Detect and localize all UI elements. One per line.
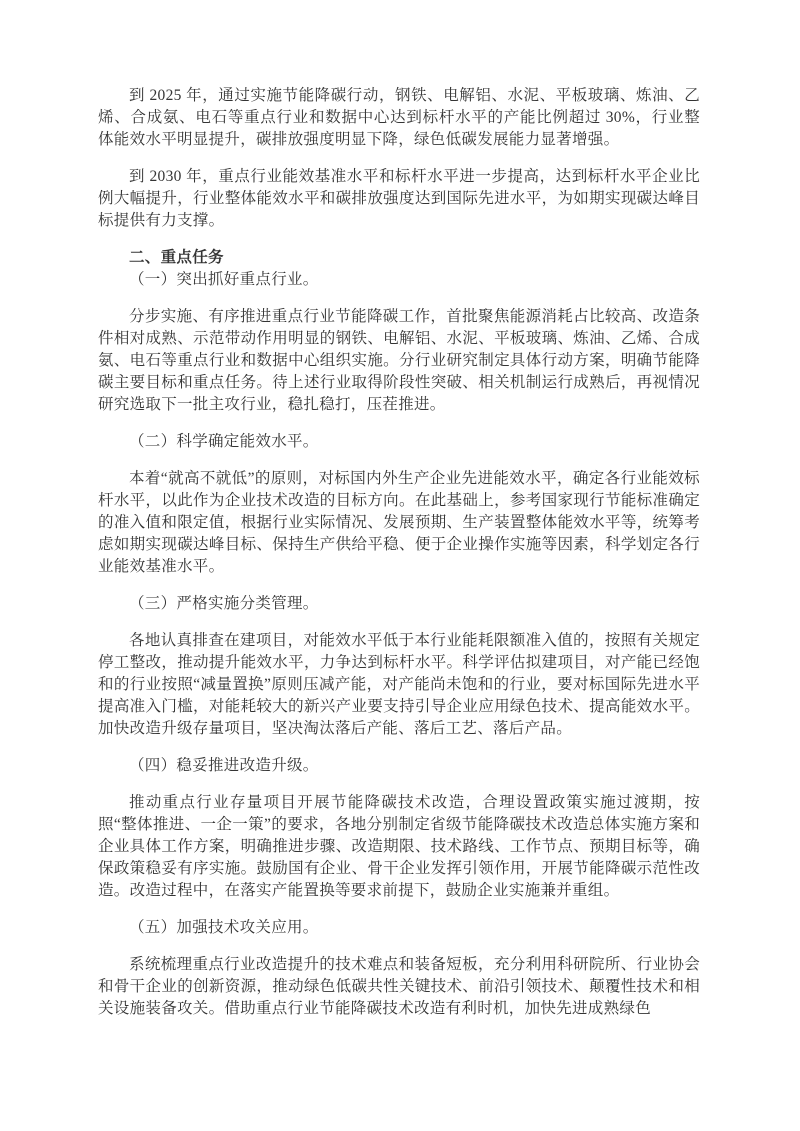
paragraph-subsection-1-body: 分步实施、有序推进重点行业节能降碳工作，首批聚焦能源消耗占比较高、改造条件相对成…	[98, 306, 700, 416]
paragraph-subsection-5-body: 系统梳理重点行业改造提升的技术难点和装备短板，充分利用科研院所、行业协会和骨干企…	[98, 954, 700, 1020]
paragraph-2025-goal: 到 2025 年，通过实施节能降碳行动，钢铁、电解铝、水泥、平板玻璃、炼油、乙烯…	[98, 85, 700, 151]
paragraph-subsection-2-body: 本着“就高不就低”的原则，对标国内外生产企业先进能效水平，确定各行业能效标杆水平…	[98, 468, 700, 578]
document-page: 到 2025 年，通过实施节能降碳行动，钢铁、电解铝、水泥、平板玻璃、炼油、乙烯…	[0, 0, 800, 1131]
paragraph-subsection-4-body: 推动重点行业存量项目开展节能降碳技术改造，合理设置政策实施过渡期，按照“整体推进…	[98, 792, 700, 902]
subsection-heading-1: （一）突出抓好重点行业。	[98, 269, 700, 291]
subsection-heading-5: （五）加强技术攻关应用。	[98, 917, 700, 939]
subsection-heading-2: （二）科学确定能效水平。	[98, 431, 700, 453]
section-heading-key-tasks: 二、重点任务	[98, 247, 700, 269]
subsection-heading-3: （三）严格实施分类管理。	[98, 593, 700, 615]
paragraph-2030-goal: 到 2030 年，重点行业能效基准水平和标杆水平进一步提高，达到标杆水平企业比例…	[98, 166, 700, 232]
paragraph-subsection-3-body: 各地认真排查在建项目，对能效水平低于本行业能耗限额准入值的，按照有关规定停工整改…	[98, 630, 700, 740]
subsection-heading-4: （四）稳妥推进改造升级。	[98, 755, 700, 777]
